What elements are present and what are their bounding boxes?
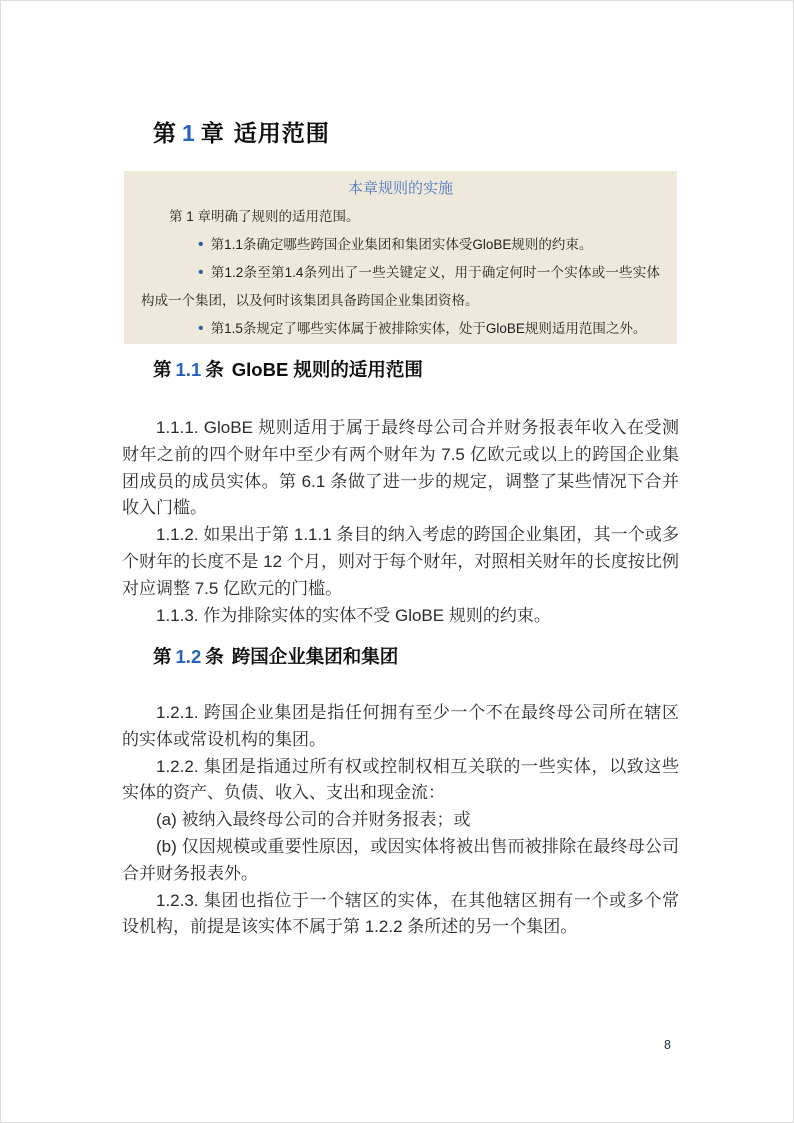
infobox-bullet-text: 第1.5条规定了哪些实体属于被排除实体，处于GloBE规则适用范围之外。 [211,321,647,336]
paragraph-1-2-2-a: (a) 被纳入最终母公司的合并财务报表；或 [122,807,679,834]
section-heading-text: GloBE 规则的适用范围 [232,359,423,380]
section-heading-post: 条 [205,646,224,667]
bullet-dot-icon [198,237,211,252]
section-heading-pre: 第 [153,359,172,380]
paragraph-1-1-2: 1.1.2. 如果出于第 1.1.1 条目的纳入考虑的跨国企业集团，其一个或多个… [122,522,679,602]
implementation-infobox: 本章规则的实施 第 1 章明确了规则的适用范围。 第1.1条确定哪些跨国企业集团… [124,171,677,344]
paragraph-1-2-1: 1.2.1. 跨国企业集团是指任何拥有至少一个不在最终母公司所在辖区的实体或常设… [122,700,679,754]
infobox-bullet-item: 第1.1条确定哪些跨国企业集团和集团实体受GloBE规则的约束。 [141,231,660,259]
chapter-title-pre: 第 [153,120,177,146]
section-heading-number: 1.1 [176,359,202,380]
paragraph-1-2-2: 1.2.2. 集团是指通过所有权或控制权相互关联的一些实体，以致这些实体的资产、… [122,754,679,808]
chapter-title: 第1章适用范围 [153,115,330,148]
paragraph-1-1-1: 1.1.1. GloBE 规则适用于属于最终母公司合并财务报表年收入在受测财年之… [122,415,679,522]
infobox-title: 本章规则的实施 [141,175,660,203]
bullet-dot-icon [198,321,211,336]
section-heading-post: 条 [205,359,224,380]
infobox-intro: 第 1 章明确了规则的适用范围。 [141,203,660,231]
chapter-title-post: 章 [201,120,225,146]
section-heading-1-1: 第1.1条GloBE 规则的适用范围 [153,356,423,382]
paragraph-1-1-3: 1.1.3. 作为排除实体的实体不受 GloBE 规则的约束。 [122,603,679,630]
chapter-title-text: 适用范围 [234,120,330,146]
section-heading-pre: 第 [153,646,172,667]
chapter-title-number: 1 [182,120,196,146]
section-heading-1-2: 第1.2条跨国企业集团和集团 [153,643,398,669]
document-page: 第1章适用范围 本章规则的实施 第 1 章明确了规则的适用范围。 第1.1条确定… [0,0,794,1123]
infobox-bullet-text: 第1.1条确定哪些跨国企业集团和集团实体受GloBE规则的约束。 [211,237,593,252]
infobox-bullet-item: 第1.2条至第1.4条列出了一些关键定义，用于确定何时一个实体或一些实体构成一个… [141,259,660,315]
paragraph-1-2-3: 1.2.3. 集团也指位于一个辖区的实体，在其他辖区拥有一个或多个常设机构，前提… [122,888,679,942]
section-1-2-body: 1.2.1. 跨国企业集团是指任何拥有至少一个不在最终母公司所在辖区的实体或常设… [122,700,679,941]
section-heading-number: 1.2 [176,646,202,667]
page-number: 8 [664,1038,671,1052]
bullet-dot-icon [198,265,211,280]
infobox-bullet-text: 第1.2条至第1.4条列出了一些关键定义，用于确定何时一个实体或一些实体构成一个… [141,265,660,308]
infobox-bullet-item: 第1.5条规定了哪些实体属于被排除实体，处于GloBE规则适用范围之外。 [141,315,660,343]
paragraph-1-2-2-b: (b) 仅因规模或重要性原因，或因实体将被出售而被排除在最终母公司合并财务报表外… [122,834,679,888]
section-1-1-body: 1.1.1. GloBE 规则适用于属于最终母公司合并财务报表年收入在受测财年之… [122,415,679,629]
section-heading-text: 跨国企业集团和集团 [232,646,399,667]
